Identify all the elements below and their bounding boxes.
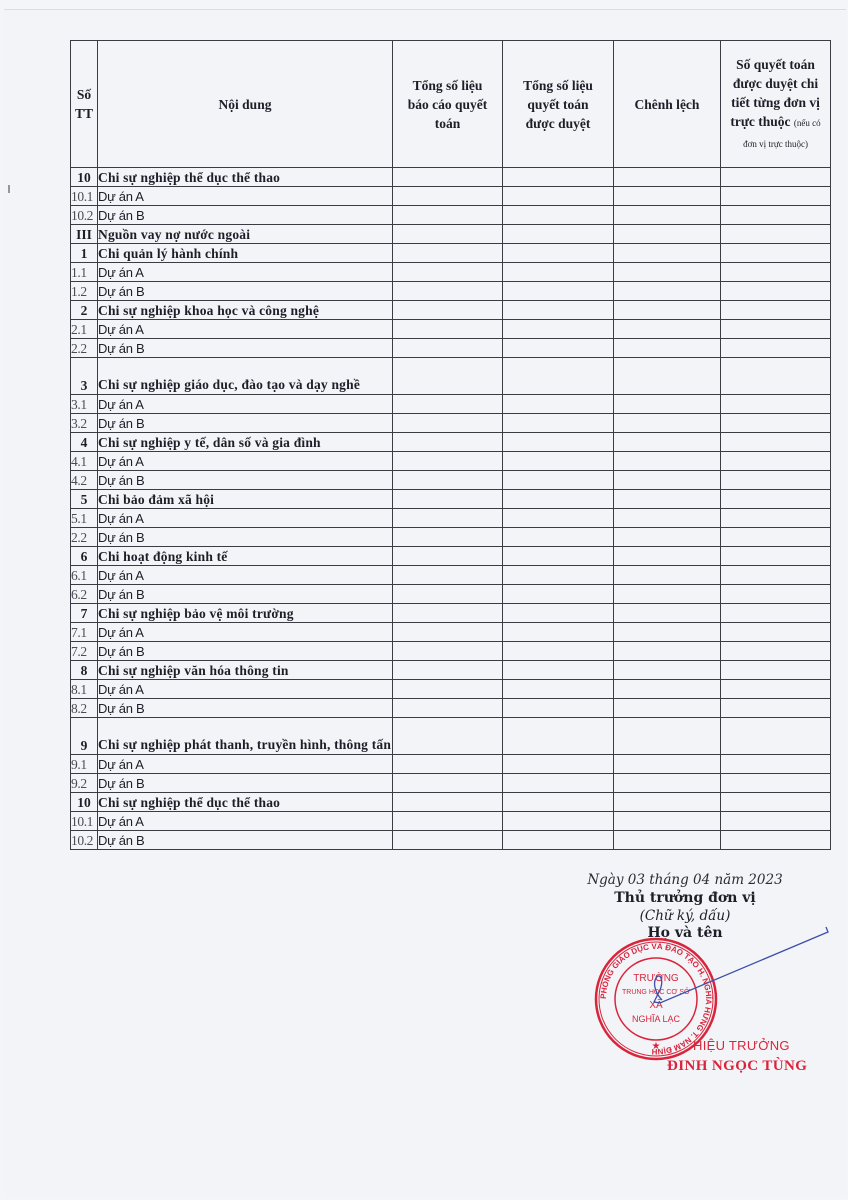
cell-difference [614,642,721,661]
table-group-row: IIINguồn vay nợ nước ngoài [71,225,831,244]
cell-difference [614,282,721,301]
cell-detail [721,187,831,206]
row-stt: 8.1 [71,680,98,699]
cell-reported [393,187,503,206]
table-row: 8.1Dự án A [71,680,831,699]
cell-difference [614,718,721,755]
cell-difference [614,433,721,452]
cell-difference [614,774,721,793]
cell-detail [721,528,831,547]
table-row: 8.2Dự án B [71,699,831,718]
cell-reported [393,168,503,187]
row-stt: 2.1 [71,320,98,339]
cell-approved [503,528,614,547]
cell-reported [393,206,503,225]
cell-reported [393,812,503,831]
table-row: 3.2Dự án B [71,414,831,433]
table-body: 10Chi sự nghiệp thể dục thể thao10.1Dự á… [71,168,831,850]
cell-detail [721,452,831,471]
table-row: 1.1Dự án A [71,263,831,282]
cell-difference [614,452,721,471]
cell-difference [614,509,721,528]
cell-detail [721,774,831,793]
row-content: Chi sự nghiệp bảo vệ môi trường [98,604,393,623]
stamp-line-1: TRƯỜNG [633,971,679,984]
row-content: Dự án A [98,320,393,339]
cell-approved [503,433,614,452]
cell-reported [393,831,503,850]
cell-difference [614,793,721,812]
row-stt: 4 [71,433,98,452]
cell-difference [614,414,721,433]
cell-difference [614,755,721,774]
cell-approved [503,282,614,301]
table-row: 7.2Dự án B [71,642,831,661]
row-content: Chi sự nghiệp phát thanh, truyền hình, t… [98,718,393,755]
cell-detail [721,793,831,812]
cell-difference [614,585,721,604]
cell-difference [614,528,721,547]
row-stt: 8 [71,661,98,680]
cell-detail [721,358,831,395]
cell-detail [721,471,831,490]
table-row: 4.2Dự án B [71,471,831,490]
row-content: Dự án A [98,755,393,774]
row-content: Dự án A [98,812,393,831]
cell-reported [393,490,503,509]
cell-reported [393,282,503,301]
cell-detail [721,604,831,623]
cell-difference [614,263,721,282]
cell-approved [503,301,614,320]
cell-detail [721,282,831,301]
cell-detail [721,339,831,358]
cell-reported [393,755,503,774]
cell-difference [614,471,721,490]
row-stt: 9 [71,718,98,755]
signature-block: Ngày 03 tháng 04 năm 2023 Thủ trưởng đơn… [545,872,825,941]
cell-difference [614,604,721,623]
cell-difference [614,301,721,320]
signer-name: ĐINH NGỌC TÙNG [667,1058,807,1075]
cell-approved [503,490,614,509]
row-content: Chi sự nghiệp giáo dục, đào tạo và dạy n… [98,358,393,395]
cell-detail [721,623,831,642]
cell-reported [393,471,503,490]
stamp-line-3: XÃ [649,998,663,1011]
row-content: Dự án B [98,471,393,490]
cell-detail [721,206,831,225]
row-content: Chi quản lý hành chính [98,244,393,263]
cell-approved [503,168,614,187]
cell-reported [393,566,503,585]
cell-approved [503,623,614,642]
cell-approved [503,339,614,358]
cell-approved [503,244,614,263]
cell-approved [503,755,614,774]
row-stt: 3 [71,358,98,395]
cell-detail [721,490,831,509]
row-content: Dự án A [98,395,393,414]
row-stt: 2 [71,301,98,320]
cell-difference [614,566,721,585]
cell-detail [721,225,831,244]
cell-reported [393,433,503,452]
stamp-star-icon: ★ [652,1041,661,1052]
table-row: 10.2Dự án B [71,206,831,225]
cell-detail [721,301,831,320]
row-stt: 10 [71,168,98,187]
cell-difference [614,168,721,187]
cell-approved [503,452,614,471]
cell-approved [503,566,614,585]
signature-date: Ngày 03 tháng 04 năm 2023 [545,872,825,888]
row-stt: 4.1 [71,452,98,471]
row-stt: 5.1 [71,509,98,528]
cell-approved [503,263,614,282]
row-content: Dự án B [98,528,393,547]
cell-difference [614,320,721,339]
cell-reported [393,623,503,642]
row-stt: 9.1 [71,755,98,774]
cell-detail [721,547,831,566]
row-content: Dự án B [98,206,393,225]
stamp-line-4: NGHĨA LẠC [632,1014,681,1024]
cell-difference [614,812,721,831]
row-content: Dự án A [98,566,393,585]
cell-difference [614,187,721,206]
cell-reported [393,718,503,755]
cell-reported [393,414,503,433]
cell-reported [393,793,503,812]
row-stt: 7 [71,604,98,623]
row-stt: 10.1 [71,812,98,831]
row-stt: 6 [71,547,98,566]
table-row: 7.1Dự án A [71,623,831,642]
cell-reported [393,339,503,358]
row-content: Dự án B [98,414,393,433]
header-stt: Số TT [71,41,98,168]
row-content: Chi sự nghiệp văn hóa thông tin [98,661,393,680]
row-stt: 7.1 [71,623,98,642]
row-content: Dự án A [98,263,393,282]
cell-reported [393,547,503,566]
stamp-line-2: TRUNG HỌC CƠ SỞ [622,987,690,996]
cell-reported [393,642,503,661]
table-group-row: 3Chi sự nghiệp giáo dục, đào tạo và dạy … [71,358,831,395]
cell-detail [721,680,831,699]
cell-approved [503,774,614,793]
cell-detail [721,433,831,452]
table-row: 10.1Dự án A [71,812,831,831]
cell-reported [393,452,503,471]
cell-detail [721,585,831,604]
row-content: Dự án A [98,680,393,699]
cell-difference [614,680,721,699]
table-row: 4.1Dự án A [71,452,831,471]
table-row: 10.2Dự án B [71,831,831,850]
table-group-row: 1Chi quản lý hành chính [71,244,831,263]
cell-approved [503,471,614,490]
signer-role: HIỆU TRƯỞNG [693,1038,790,1053]
row-content: Dự án A [98,623,393,642]
scan-artifact [8,185,10,193]
row-content: Dự án B [98,774,393,793]
row-stt: 9.2 [71,774,98,793]
table-row: 10.1Dự án A [71,187,831,206]
table-row: 6.1Dự án A [71,566,831,585]
cell-difference [614,244,721,263]
row-stt: 1 [71,244,98,263]
cell-reported [393,661,503,680]
cell-difference [614,490,721,509]
table-row: 5.1Dự án A [71,509,831,528]
cell-detail [721,395,831,414]
table-row: 9.1Dự án A [71,755,831,774]
row-stt: 4.2 [71,471,98,490]
cell-approved [503,225,614,244]
table-row: 2.2Dự án B [71,339,831,358]
cell-detail [721,566,831,585]
row-stt: 7.2 [71,642,98,661]
row-content: Dự án B [98,699,393,718]
cell-approved [503,187,614,206]
cell-reported [393,320,503,339]
row-content: Nguồn vay nợ nước ngoài [98,225,393,244]
cell-approved [503,812,614,831]
cell-approved [503,395,614,414]
cell-reported [393,244,503,263]
row-content: Dự án B [98,339,393,358]
row-stt: 10.1 [71,187,98,206]
row-stt: III [71,225,98,244]
cell-approved [503,642,614,661]
row-content: Dự án A [98,452,393,471]
table-group-row: 6Chi hoạt động kinh tế [71,547,831,566]
row-content: Dự án A [98,509,393,528]
table-row: 2.2Dự án B [71,528,831,547]
row-stt: 10.2 [71,206,98,225]
cell-reported [393,699,503,718]
row-content: Chi sự nghiệp thể dục thể thao [98,793,393,812]
cell-reported [393,774,503,793]
row-content: Chi sự nghiệp y tế, dân số và gia đình [98,433,393,452]
cell-approved [503,206,614,225]
header-content: Nội dung [98,41,393,168]
cell-reported [393,585,503,604]
row-stt: 1.1 [71,263,98,282]
cell-approved [503,358,614,395]
cell-difference [614,699,721,718]
row-content: Chi bảo đảm xã hội [98,490,393,509]
row-stt: 2.2 [71,339,98,358]
cell-detail [721,168,831,187]
row-stt: 6.2 [71,585,98,604]
header-detail: Số quyết toán được duyệt chi tiết từng đ… [721,41,831,168]
table-row: 9.2Dự án B [71,774,831,793]
table-group-row: 7Chi sự nghiệp bảo vệ môi trường [71,604,831,623]
cell-difference [614,358,721,395]
cell-difference [614,661,721,680]
cell-detail [721,509,831,528]
cell-detail [721,244,831,263]
signature-note: (Chữ ký, dấu) [545,908,825,924]
cell-difference [614,395,721,414]
cell-detail [721,414,831,433]
table-row: 6.2Dự án B [71,585,831,604]
row-stt: 10.2 [71,831,98,850]
cell-reported [393,680,503,699]
cell-reported [393,509,503,528]
row-content: Dự án B [98,831,393,850]
table-group-row: 4Chi sự nghiệp y tế, dân số và gia đình [71,433,831,452]
cell-approved [503,718,614,755]
row-content: Dự án A [98,187,393,206]
settlement-table: Số TT Nội dung Tổng số liệu báo cáo quyế… [70,40,831,850]
cell-approved [503,414,614,433]
cell-difference [614,623,721,642]
cell-difference [614,831,721,850]
cell-approved [503,793,614,812]
cell-reported [393,358,503,395]
table-header-row: Số TT Nội dung Tổng số liệu báo cáo quyế… [71,41,831,168]
table-group-row: 10Chi sự nghiệp thể dục thể thao [71,793,831,812]
cell-approved [503,320,614,339]
cell-approved [503,547,614,566]
row-stt: 10 [71,793,98,812]
cell-detail [721,642,831,661]
cell-difference [614,339,721,358]
cell-reported [393,528,503,547]
table-group-row: 8Chi sự nghiệp văn hóa thông tin [71,661,831,680]
row-content: Chi hoạt động kinh tế [98,547,393,566]
row-stt: 5 [71,490,98,509]
signature-title: Thủ trưởng đơn vị [545,890,825,906]
cell-detail [721,755,831,774]
cell-reported [393,604,503,623]
cell-difference [614,206,721,225]
cell-detail [721,812,831,831]
row-content: Dự án B [98,585,393,604]
cell-approved [503,699,614,718]
cell-detail [721,320,831,339]
cell-detail [721,718,831,755]
cell-detail [721,699,831,718]
table-row: 1.2Dự án B [71,282,831,301]
table-group-row: 9Chi sự nghiệp phát thanh, truyền hình, … [71,718,831,755]
row-stt: 3.1 [71,395,98,414]
cell-approved [503,680,614,699]
cell-reported [393,263,503,282]
cell-difference [614,225,721,244]
row-content: Chi sự nghiệp thể dục thể thao [98,168,393,187]
cell-detail [721,831,831,850]
cell-reported [393,225,503,244]
cell-approved [503,831,614,850]
row-content: Dự án B [98,282,393,301]
header-difference: Chênh lệch [614,41,721,168]
table-row: 3.1Dự án A [71,395,831,414]
cell-approved [503,604,614,623]
table-group-row: 10Chi sự nghiệp thể dục thể thao [71,168,831,187]
header-reported: Tổng số liệu báo cáo quyết toán [393,41,503,168]
row-stt: 3.2 [71,414,98,433]
table-row: 2.1Dự án A [71,320,831,339]
row-stt: 8.2 [71,699,98,718]
cell-approved [503,585,614,604]
table-group-row: 2Chi sự nghiệp khoa học và công nghệ [71,301,831,320]
row-content: Dự án B [98,642,393,661]
header-approved: Tổng số liệu quyết toán được duyệt [503,41,614,168]
cell-approved [503,509,614,528]
row-stt: 6.1 [71,566,98,585]
cell-difference [614,547,721,566]
cell-detail [721,263,831,282]
row-stt: 1.2 [71,282,98,301]
table-group-row: 5Chi bảo đảm xã hội [71,490,831,509]
cell-detail [721,661,831,680]
row-stt: 2.2 [71,528,98,547]
cell-reported [393,301,503,320]
cell-approved [503,661,614,680]
row-content: Chi sự nghiệp khoa học và công nghệ [98,301,393,320]
cell-reported [393,395,503,414]
